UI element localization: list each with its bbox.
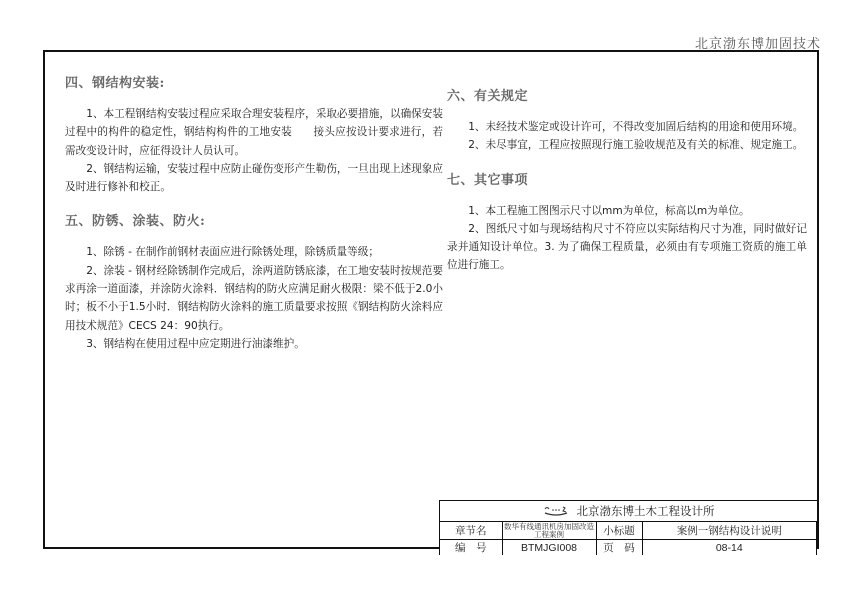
chapter-value: 数华有线通讯机房加固改造工程案例: [502, 522, 596, 540]
chapter-label: 章节名: [440, 522, 502, 540]
page-value: 08-14: [642, 540, 817, 556]
number-label: 编 号: [440, 540, 502, 556]
firm-name: 北京渤东博土木工程设计所: [577, 503, 715, 519]
paragraph: 1、本工程施工图图示尺寸以mm为单位，标高以m为单位。: [447, 202, 807, 220]
firm-header: 北京渤东博土木工程设计所: [440, 501, 817, 522]
paragraph: 3、钢结构在使用过程中应定期进行油漆维护。: [65, 335, 443, 353]
paragraph: 1、除锈 - 在制作前钢材表面应进行除锈处理，除锈质量等级；: [65, 243, 443, 261]
paragraph: 2、图纸尺寸如与现场结构尺寸不符应以实际结构尺寸为准，同时做好记录并通知设计单位…: [447, 220, 807, 275]
section-steel-installation: 四、钢结构安装: 1、本工程钢结构安装过程应采取合理安装程序，采取必要措施，以确…: [65, 72, 443, 196]
section-other-matters: 七、其它事项 1、本工程施工图图示尺寸以mm为单位，标高以m为单位。 2、图纸尺…: [447, 169, 807, 275]
paragraph: 2、涂装 - 钢材经除锈制作完成后，涂两道防锈底漆，在工地安装时按规范要求再涂一…: [65, 262, 443, 335]
section-title: 七、其它事项: [447, 169, 807, 188]
title-block-row: 章节名 数华有线通讯机房加固改造工程案例 小标题 案例一钢结构设计说明: [440, 522, 817, 540]
subtitle-label: 小标题: [596, 522, 642, 540]
paragraph: 1、本工程钢结构安装过程应采取合理安装程序，采取必要措施，以确保安装过程中的构件…: [65, 105, 443, 160]
section-title: 五、防锈、涂装、防火:: [65, 210, 443, 229]
paragraph: 2、钢结构运输，安装过程中应防止碰伤变形产生勒伤，一旦出现上述现象应及时进行修补…: [65, 160, 443, 197]
section-rust-paint-fire: 五、防锈、涂装、防火: 1、除锈 - 在制作前钢材表面应进行除锈处理，除锈质量等…: [65, 210, 443, 353]
title-block: 北京渤东博土木工程设计所 章节名 数华有线通讯机房加固改造工程案例 小标题 案例…: [439, 500, 817, 555]
paragraph: 1、未经技术鉴定或设计许可，不得改变加固后结构的用途和使用环境。: [447, 118, 807, 136]
left-column: 四、钢结构安装: 1、本工程钢结构安装过程应采取合理安装程序，采取必要措施，以确…: [65, 72, 443, 367]
subtitle-value: 案例一钢结构设计说明: [642, 522, 817, 540]
right-column: 六、有关规定 1、未经技术鉴定或设计许可，不得改变加固后结构的用途和使用环境。 …: [447, 85, 807, 289]
title-block-row: 编 号 BTMJGI008 页 码 08-14: [440, 540, 817, 556]
number-value: BTMJGI008: [502, 540, 596, 556]
section-regulations: 六、有关规定 1、未经技术鉴定或设计许可，不得改变加固后结构的用途和使用环境。 …: [447, 85, 807, 155]
drawing-frame: 四、钢结构安装: 1、本工程钢结构安装过程应采取合理安装程序，采取必要措施，以确…: [43, 50, 819, 549]
title-block-table: 章节名 数华有线通讯机房加固改造工程案例 小标题 案例一钢结构设计说明 编 号 …: [440, 522, 817, 555]
section-title: 六、有关规定: [447, 85, 807, 104]
page-label: 页 码: [596, 540, 642, 556]
section-title: 四、钢结构安装:: [65, 72, 443, 91]
firm-logo-icon: [543, 505, 569, 517]
paragraph: 2、未尽事宜，工程应按照现行施工验收规范及有关的标准、规定施工。: [447, 136, 807, 154]
